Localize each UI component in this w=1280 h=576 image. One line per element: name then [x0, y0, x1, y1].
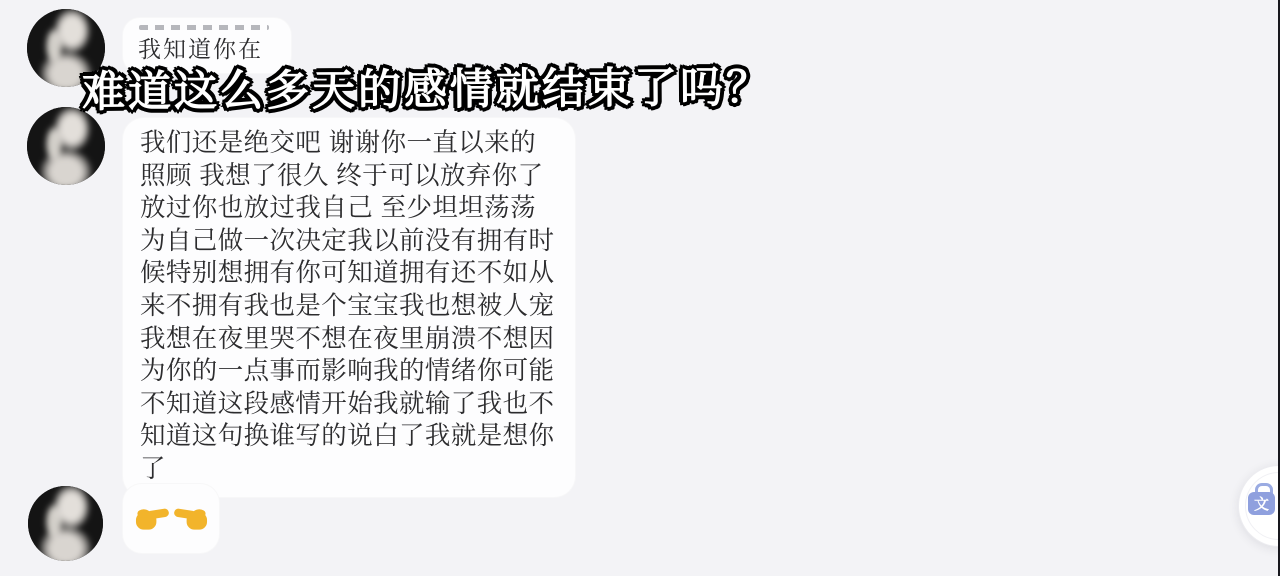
- point-right-icon: [135, 505, 170, 532]
- message-bubble[interactable]: 我们还是绝交吧 谢谢你一直以来的照顾 我想了很久 终于可以放弃你了放过你也放过我…: [122, 117, 576, 498]
- message-text: 我们还是绝交吧 谢谢你一直以来的照顾 我想了很久 终于可以放弃你了放过你也放过我…: [140, 127, 559, 486]
- peer-avatar[interactable]: [28, 486, 103, 561]
- point-left-icon: [173, 505, 208, 532]
- translate-text-icon: 文: [1248, 492, 1275, 515]
- avatar-portrait: [28, 486, 103, 561]
- message-bubble[interactable]: 👉👈: [122, 483, 220, 554]
- clipped-text-remnant: [139, 25, 269, 30]
- translate-float-button[interactable]: 文: [1238, 465, 1280, 547]
- video-subtitle-overlay: 难道这么多天的感情就结束了吗？: [82, 53, 802, 119]
- emoji-text: 👉👈: [171, 518, 172, 519]
- chat-screen: 我知道你在 难道这么多天的感情就结束了吗？ 我们还是绝交吧 谢谢你一直以来的照顾…: [0, 0, 1280, 576]
